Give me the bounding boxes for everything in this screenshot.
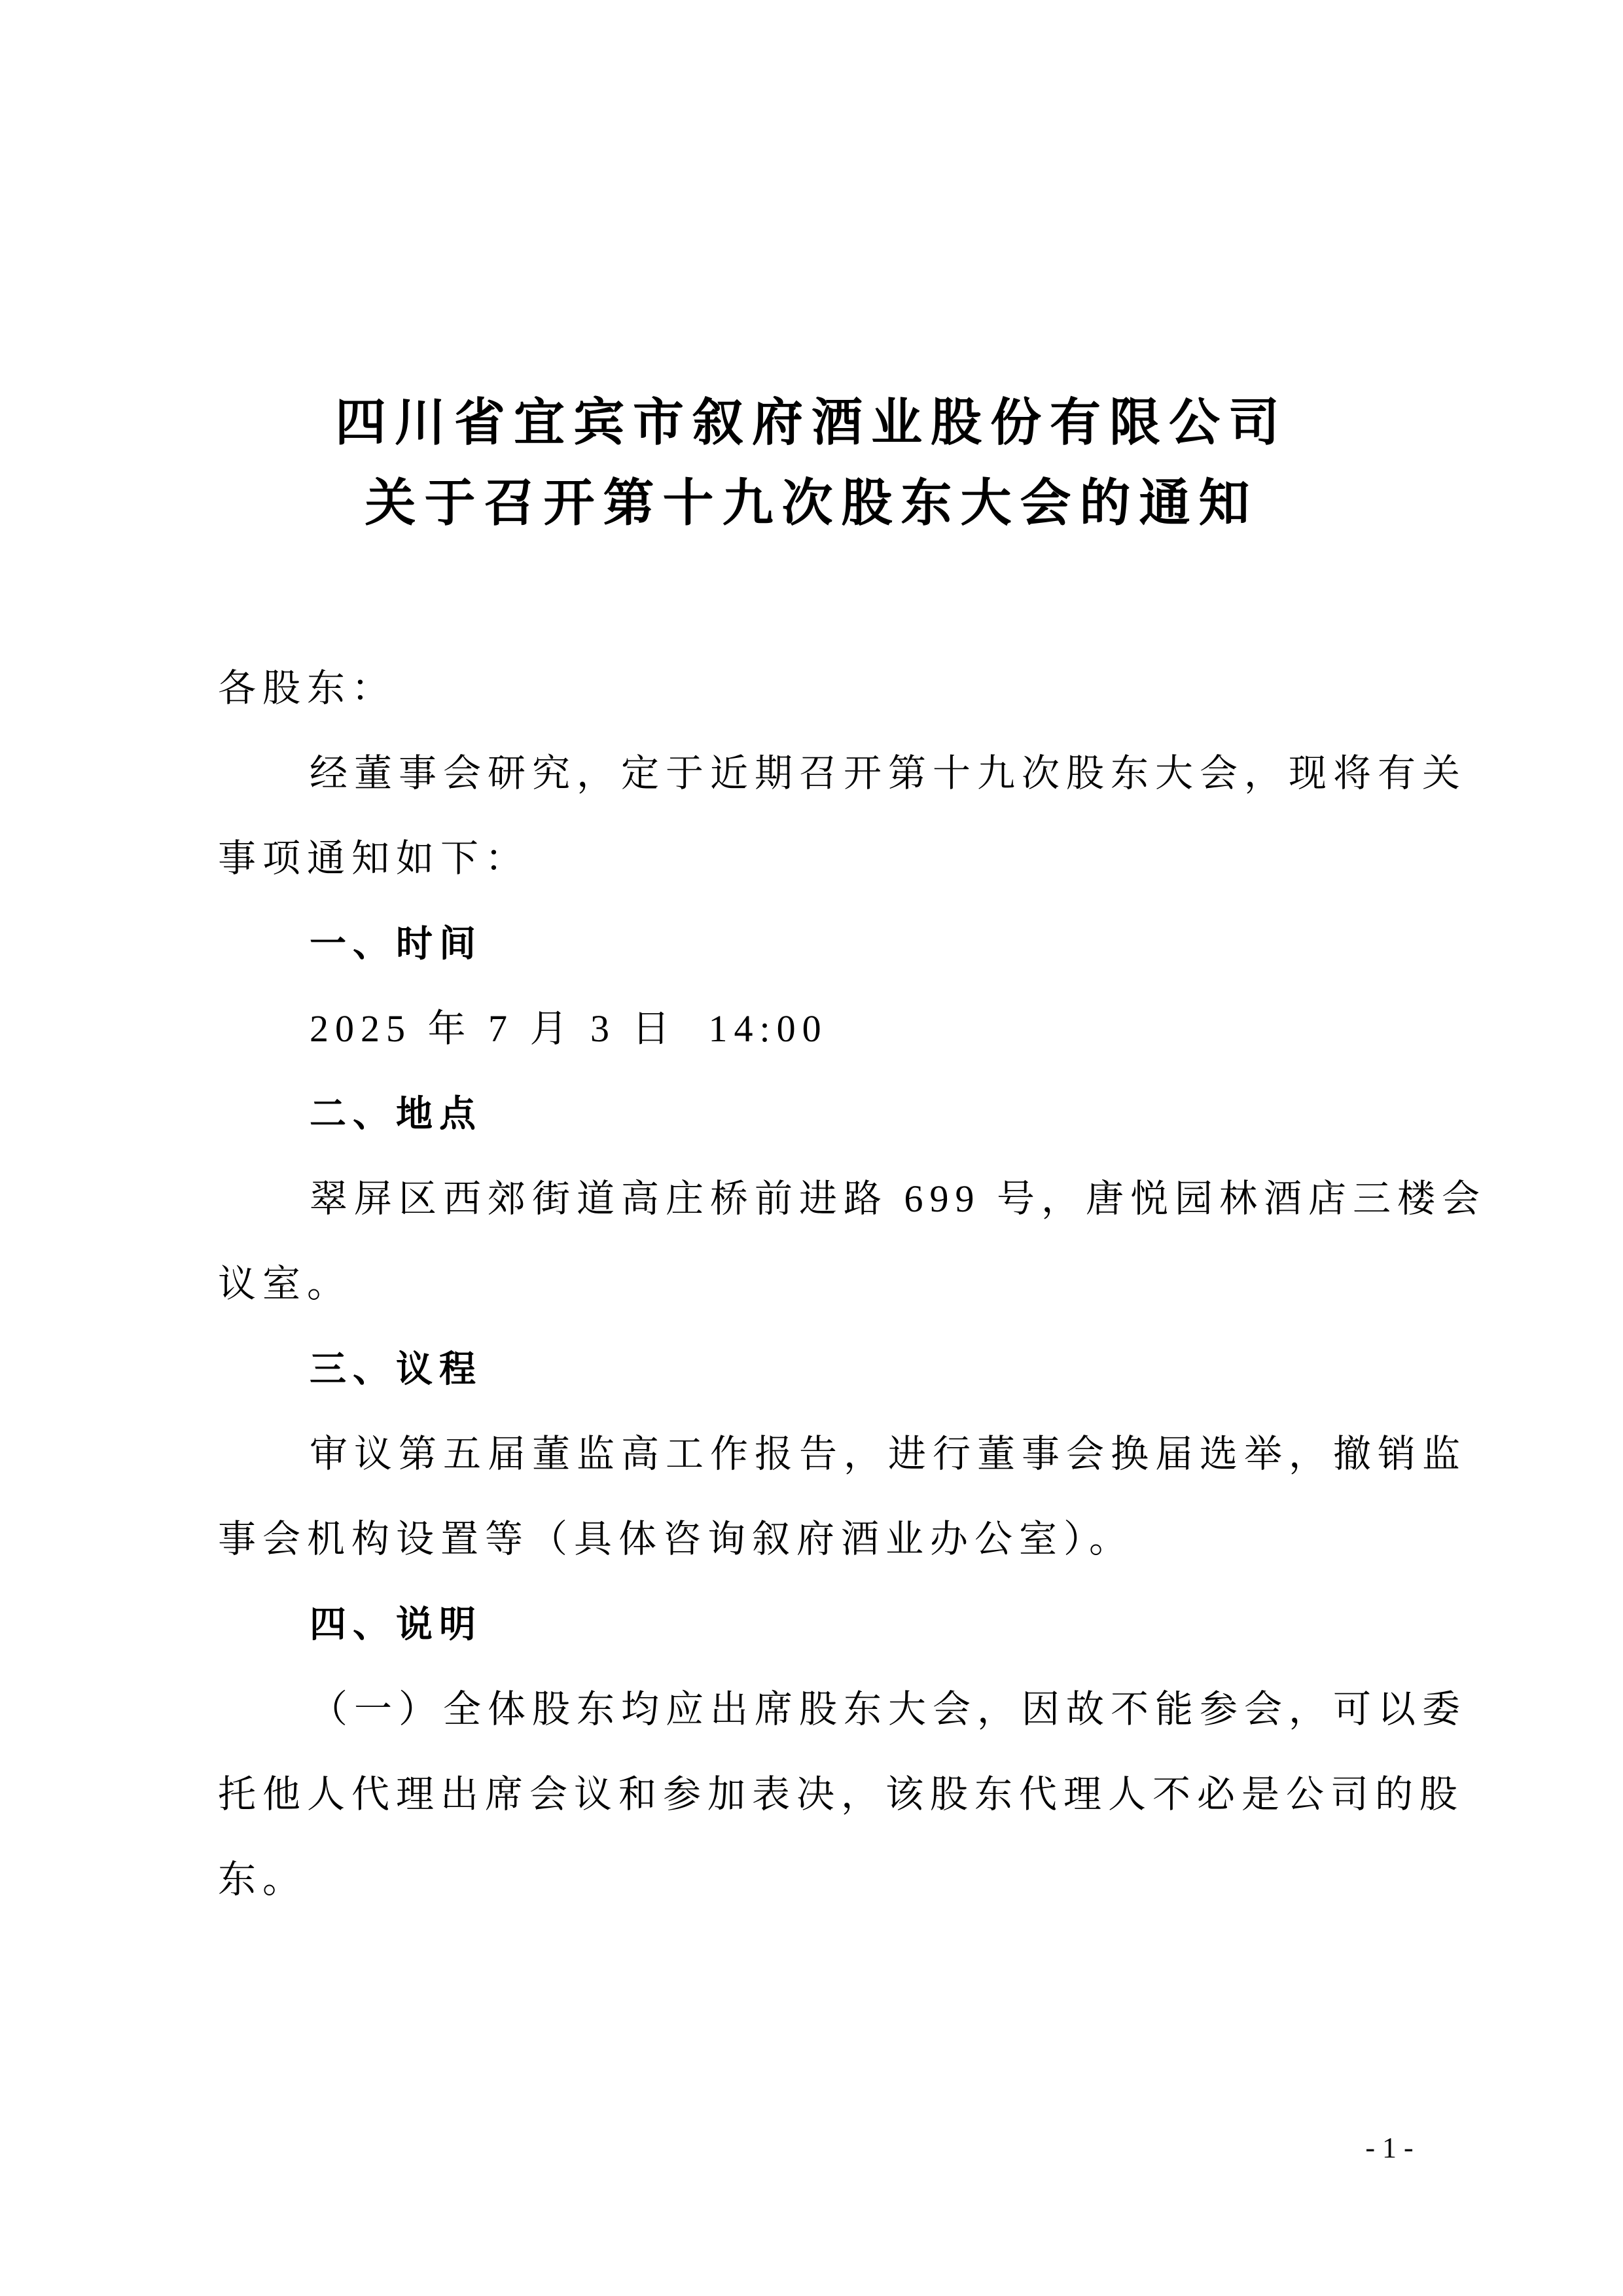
notes-line-1: （一）全体股东均应出席股东大会，因故不能参会，可以委	[218, 1667, 1448, 1752]
notes-line-2: 托他人代理出席会议和参加表决，该股东代理人不必是公司的股	[218, 1752, 1448, 1837]
document-title: 四川省宜宾市叙府酒业股份有限公司 关于召开第十九次股东大会的通知	[0, 382, 1623, 543]
notes-line-3: 东。	[218, 1837, 1448, 1922]
document-body: 各股东： 经董事会研究，定于近期召开第十九次股东大会，现将有关 事项通知如下： …	[218, 646, 1448, 1922]
section-heading-location: 二、地点	[218, 1071, 1448, 1157]
document-title-line-2: 关于召开第十九次股东大会的通知	[0, 463, 1623, 543]
section-heading-time: 一、时间	[218, 901, 1448, 986]
meeting-time-line: 2025 年 7 月 3 日 14:00	[218, 986, 1448, 1071]
section-heading-notes: 四、说明	[218, 1582, 1448, 1667]
meeting-location-line-2: 议室。	[218, 1242, 1448, 1327]
page-number: - 1 -	[1350, 2128, 1429, 2168]
document-title-line-1: 四川省宜宾市叙府酒业股份有限公司	[0, 382, 1623, 463]
agenda-line-2: 事会机构设置等（具体咨询叙府酒业办公室）。	[218, 1497, 1448, 1582]
document-page: 四川省宜宾市叙府酒业股份有限公司 关于召开第十九次股东大会的通知 各股东： 经董…	[0, 0, 1623, 2296]
agenda-line-1: 审议第五届董监高工作报告，进行董事会换届选举，撤销监	[218, 1412, 1448, 1497]
meeting-location-line-1: 翠屏区西郊街道高庄桥前进路 699 号，唐悦园林酒店三楼会	[218, 1157, 1448, 1242]
paragraph-line: 事项通知如下：	[218, 816, 1448, 901]
paragraph-line: 经董事会研究，定于近期召开第十九次股东大会，现将有关	[218, 731, 1448, 816]
salutation-line: 各股东：	[218, 646, 1448, 731]
section-heading-agenda: 三、议程	[218, 1327, 1448, 1412]
